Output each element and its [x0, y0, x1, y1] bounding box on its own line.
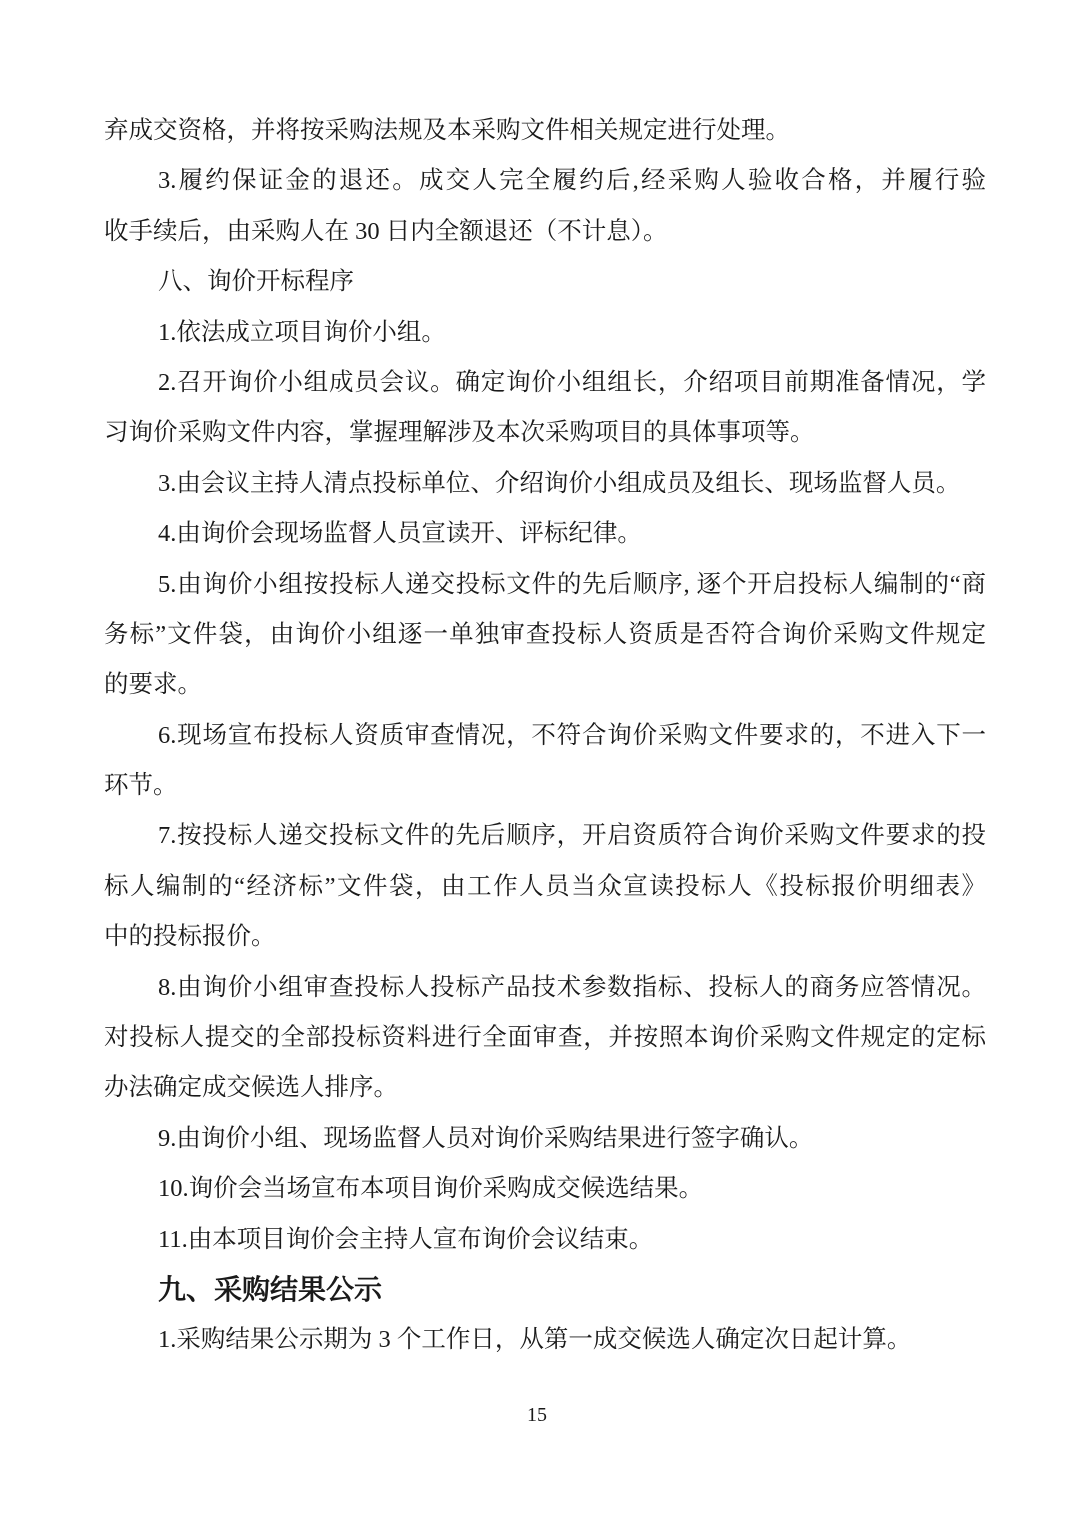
text-line: 5.由询价小组按投标人递交投标文件的先后顺序, 逐个开启投标人编制的“商 [104, 560, 986, 610]
text-line: 6.现场宣布投标人资质审查情况，不符合询价采购文件要求的，不进入下一 [104, 711, 986, 761]
text-line: 的要求。 [104, 660, 986, 710]
text-line: 10.询价会当场宣布本项目询价采购成交候选结果。 [104, 1164, 986, 1214]
text-line: 收手续后，由采购人在 30 日内全额退还（不计息）。 [104, 207, 986, 257]
text-line: 中的投标报价。 [104, 912, 986, 962]
text-line: 9.由询价小组、现场监督人员对询价采购结果进行签字确认。 [104, 1114, 986, 1164]
text-line: 弃成交资格，并将按采购法规及本采购文件相关规定进行处理。 [104, 106, 986, 156]
text-line: 习询价采购文件内容，掌握理解涉及本次采购项目的具体事项等。 [104, 408, 986, 458]
text-line: 环节。 [104, 761, 986, 811]
text-line: 1.采购结果公示期为 3 个工作日，从第一成交候选人确定次日起计算。 [104, 1315, 986, 1365]
text-line: 标人编制的“经济标”文件袋，由工作人员当众宣读投标人《投标报价明细表》 [104, 862, 986, 912]
text-line: 8.由询价小组审查投标人投标产品技术参数指标、投标人的商务应答情况。 [104, 963, 986, 1013]
page-number: 15 [0, 1402, 1074, 1428]
text-line: 办法确定成交候选人排序。 [104, 1063, 986, 1113]
text-line: 对投标人提交的全部投标资料进行全面审查，并按照本询价采购文件规定的定标 [104, 1013, 986, 1063]
text-line: 11.由本项目询价会主持人宣布询价会议结束。 [104, 1215, 986, 1265]
text-line: 3.履约保证金的退还。成交人完全履约后,经采购人验收合格，并履行验 [104, 156, 986, 206]
text-line: 九、采购结果公示 [104, 1265, 986, 1315]
text-line: 1.依法成立项目询价小组。 [104, 308, 986, 358]
text-line: 2.召开询价小组成员会议。确定询价小组组长，介绍项目前期准备情况，学 [104, 358, 986, 408]
text-block: 弃成交资格，并将按采购法规及本采购文件相关规定进行处理。3.履约保证金的退还。成… [104, 106, 986, 1366]
text-line: 3.由会议主持人清点投标单位、介绍询价小组成员及组长、现场监督人员。 [104, 459, 986, 509]
document-page: { "colors": { "text": "#1a1a1a", "backgr… [0, 0, 1074, 1520]
text-line: 4.由询价会现场监督人员宣读开、评标纪律。 [104, 509, 986, 559]
text-line: 7.按投标人递交投标文件的先后顺序，开启资质符合询价采购文件要求的投 [104, 811, 986, 861]
text-line: 务标”文件袋，由询价小组逐一单独审查投标人资质是否符合询价采购文件规定 [104, 610, 986, 660]
text-line: 八、询价开标程序 [104, 257, 986, 307]
